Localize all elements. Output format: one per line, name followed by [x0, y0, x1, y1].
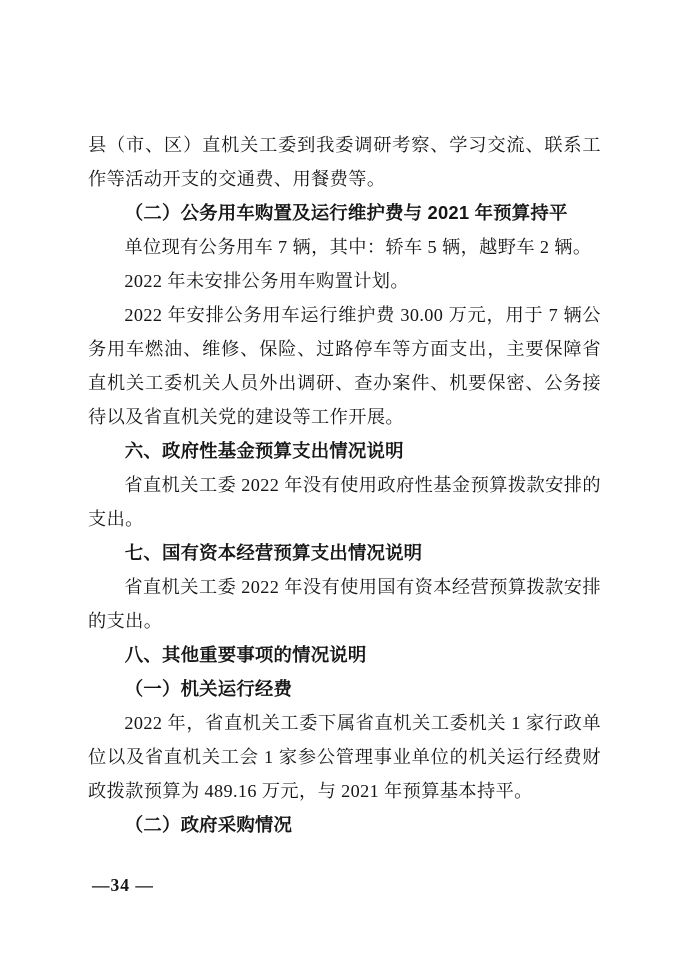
paragraph: 单位现有公务用车 7 辆，其中：轿车 5 辆，越野车 2 辆。	[88, 230, 601, 264]
paragraph: 2022 年未安排公务用车购置计划。	[88, 264, 601, 298]
section-heading: （二）公务用车购置及运行维护费与 2021 年预算持平	[88, 196, 601, 230]
section-heading: 八、其他重要事项的情况说明	[88, 638, 601, 672]
paragraph: 省直机关工委 2022 年没有使用国有资本经营预算拨款安排的支出。	[88, 570, 601, 638]
document-body: 县（市、区）直机关工委到我委调研考察、学习交流、联系工作等活动开支的交通费、用餐…	[88, 128, 601, 842]
section-heading: （二）政府采购情况	[88, 808, 601, 842]
paragraph: 县（市、区）直机关工委到我委调研考察、学习交流、联系工作等活动开支的交通费、用餐…	[88, 128, 601, 196]
section-heading: 六、政府性基金预算支出情况说明	[88, 434, 601, 468]
paragraph: 省直机关工委 2022 年没有使用政府性基金预算拨款安排的支出。	[88, 468, 601, 536]
section-heading: 七、国有资本经营预算支出情况说明	[88, 536, 601, 570]
page-number: —34 —	[92, 874, 154, 896]
paragraph: 2022 年，省直机关工委下属省直机关工委机关 1 家行政单位以及省直机关工会 …	[88, 706, 601, 808]
document-page: 县（市、区）直机关工委到我委调研考察、学习交流、联系工作等活动开支的交通费、用餐…	[0, 0, 680, 962]
paragraph: 2022 年安排公务用车运行维护费 30.00 万元，用于 7 辆公务用车燃油、…	[88, 298, 601, 434]
section-heading: （一）机关运行经费	[88, 672, 601, 706]
